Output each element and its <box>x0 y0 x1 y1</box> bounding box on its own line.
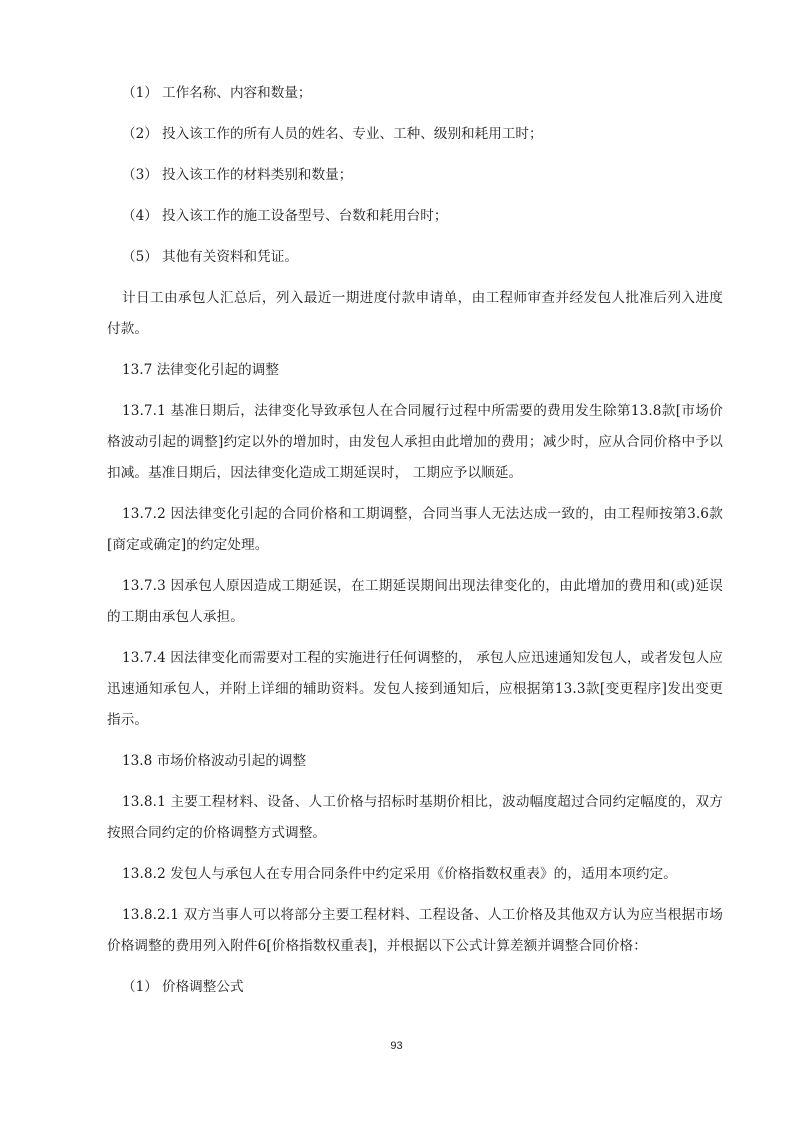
list-item: （1） 工作名称、内容和数量； <box>107 78 723 109</box>
list-item: （5） 其他有关资料和凭证。 <box>107 242 723 273</box>
paragraph-13-8-2-1: 13.8.2.1 双方当事人可以将部分主要工程材料、工程设备、人工价格及其他双方… <box>107 900 723 962</box>
paragraph-13-7-3: 13.7.3 因承包人原因造成工期延误，在工期延误期间出现法律变化的，由此增加的… <box>107 571 723 633</box>
list-text: 价格调整公式 <box>162 972 244 1003</box>
document-page: （1） 工作名称、内容和数量； （2） 投入该工作的所有人员的姓名、专业、工种、… <box>107 78 723 1003</box>
list-item: （2） 投入该工作的所有人员的姓名、专业、工种、级别和耗用工时； <box>107 119 723 150</box>
list-number: （3） <box>122 160 162 191</box>
list-number: （1） <box>122 78 162 109</box>
list-number: （1） <box>122 972 162 1003</box>
paragraph-13-7-4: 13.7.4 因法律变化而需要对工程的实施进行任何调整的， 承包人应迅速通知发包… <box>107 643 723 736</box>
list-item: （3） 投入该工作的材料类别和数量； <box>107 160 723 191</box>
paragraph-13-8-2: 13.8.2 发包人与承包人在专用合同条件中约定采用《价格指数权重表》的，适用本… <box>107 859 723 890</box>
list-number: （5） <box>122 242 162 273</box>
paragraph-13-7-2: 13.7.2 因法律变化引起的合同价格和工期调整，合同当事人无法达成一致的，由工… <box>107 499 723 561</box>
list-number: （2） <box>122 119 162 150</box>
list-text: 投入该工作的材料类别和数量； <box>162 160 352 191</box>
page-number: 93 <box>0 1040 793 1052</box>
section-heading-13-8: 13.8 市场价格波动引起的调整 <box>107 746 723 777</box>
list-text: 投入该工作的施工设备型号、台数和耗用台时； <box>162 201 447 232</box>
list-text: 投入该工作的所有人员的姓名、专业、工种、级别和耗用工时； <box>162 119 543 150</box>
list-number: （4） <box>122 201 162 232</box>
paragraph-13-7-1: 13.7.1 基准日期后，法律变化导致承包人在合同履行过程中所需要的费用发生除第… <box>107 396 723 489</box>
list-item: （4） 投入该工作的施工设备型号、台数和耗用台时； <box>107 201 723 232</box>
paragraph-13-8-1: 13.8.1 主要工程材料、设备、人工价格与招标时基期价相比，波动幅度超过合同约… <box>107 787 723 849</box>
list-text: 其他有关资料和凭证。 <box>162 242 298 273</box>
list-item: （1） 价格调整公式 <box>107 972 723 1003</box>
paragraph-dayworks: 计日工由承包人汇总后，列入最近一期进度付款申请单，由工程师审查并经发包人批准后列… <box>107 283 723 345</box>
list-text: 工作名称、内容和数量； <box>162 78 312 109</box>
section-heading-13-7: 13.7 法律变化引起的调整 <box>107 355 723 386</box>
